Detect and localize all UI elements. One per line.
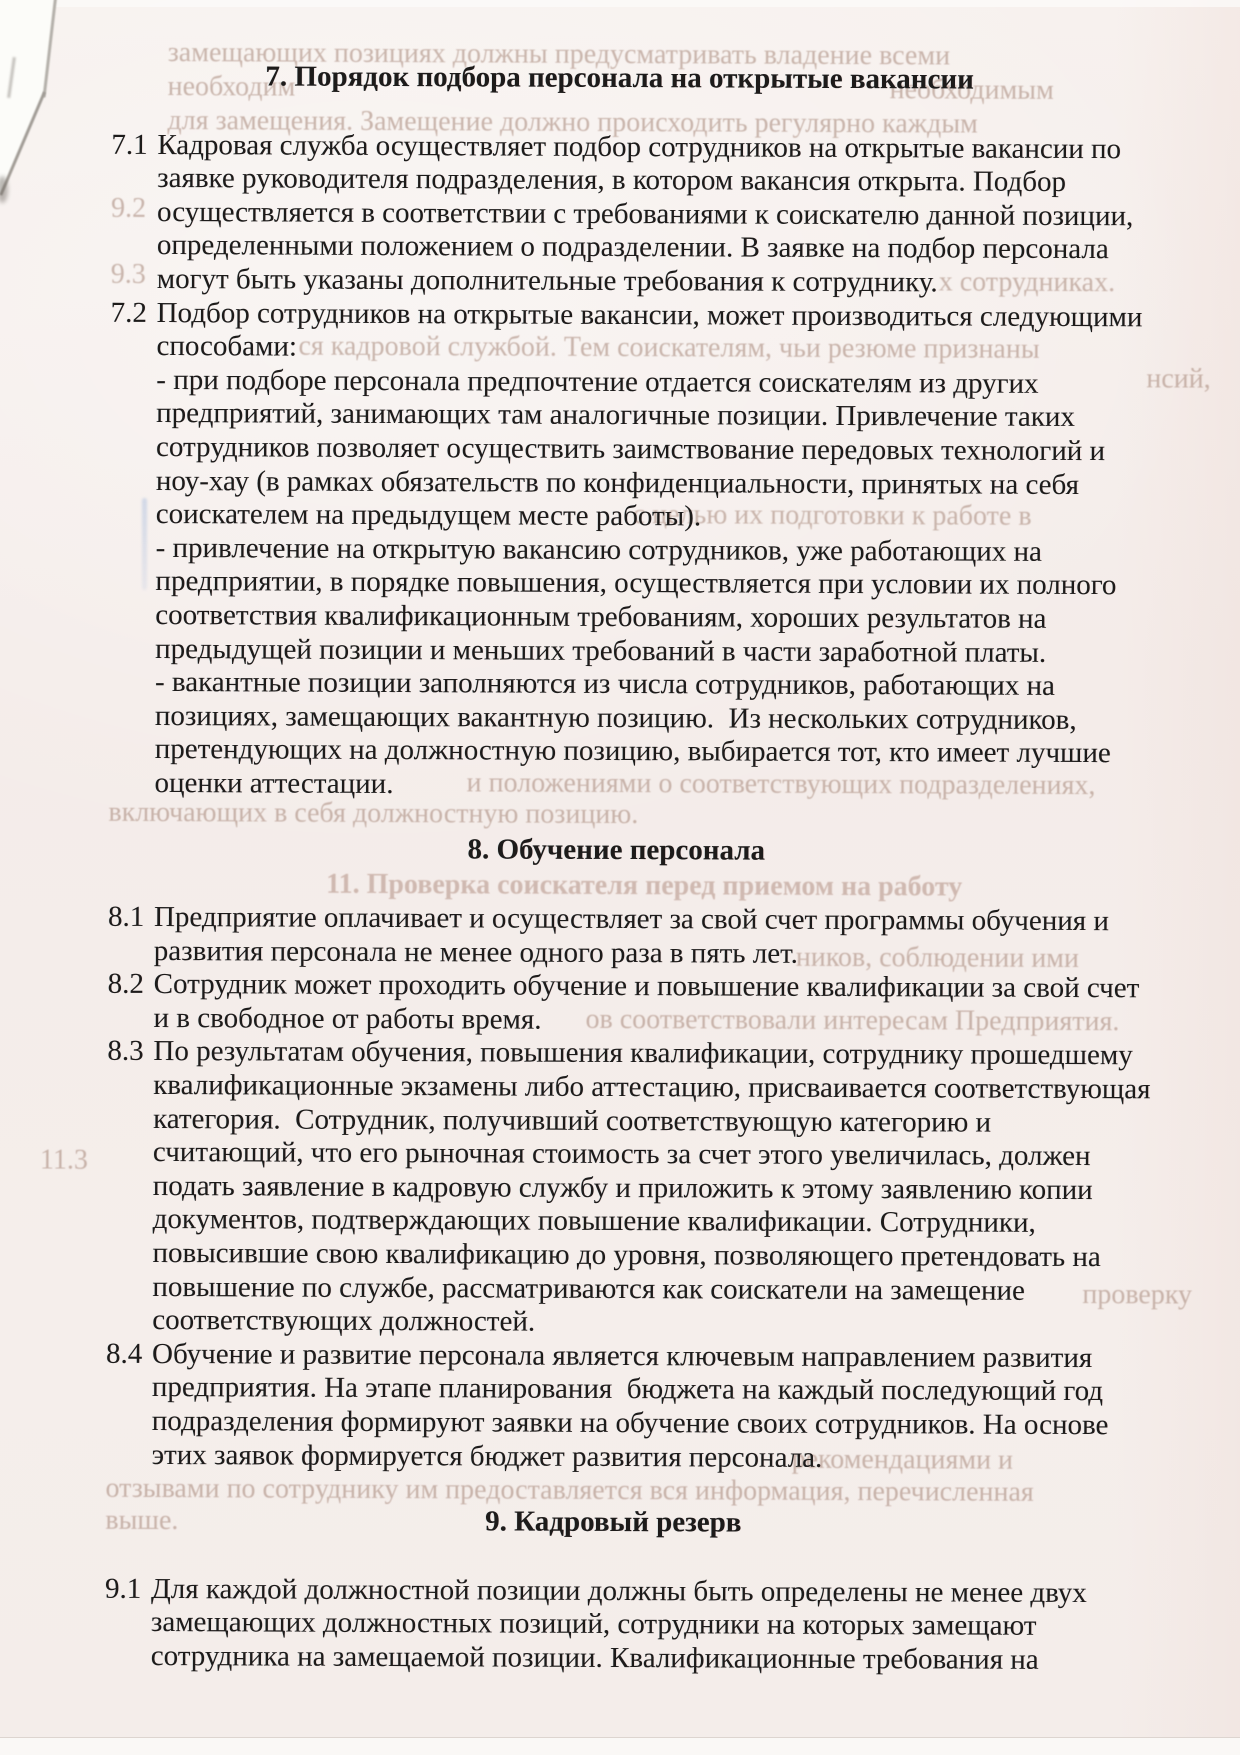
line-text: сотрудника на замещаемой позиции. Квалиф…: [151, 1640, 1039, 1676]
clause-8.4: 8.4Обучение и развитие персонала являетс…: [0, 1337, 1234, 1477]
clause-number: 8.4: [106, 1338, 142, 1372]
line-text: Сотрудник может проходить обучение и пов…: [154, 968, 1140, 1004]
line-text: замещающих должностных позиций, сотрудни…: [151, 1606, 1037, 1642]
text-line: могут быть указаны дополнительные требов…: [157, 263, 1199, 301]
line-text: ноу-хау (в рамках обязательств по конфид…: [156, 465, 1079, 501]
line-text: повышение по службе, рассматриваются как…: [152, 1271, 1025, 1307]
text-line: 7.1Кадровая служба осуществляет подбор с…: [157, 129, 1199, 167]
line-text: предприятий, занимающих там аналогичные …: [156, 397, 1075, 433]
clause-number: 8.1: [108, 901, 144, 935]
line-text: претендующих на должностную позицию, выб…: [155, 733, 1111, 769]
text-line: заявке руководителя подразделения, в кот…: [157, 162, 1199, 200]
text-line: осуществляется в соответствии с требован…: [157, 196, 1199, 234]
line-text: способами:: [156, 330, 297, 363]
text-line: - при подборе персонала предпочтение отд…: [156, 364, 1198, 402]
text-line: позициях, замещающих вакантную позицию. …: [155, 700, 1197, 738]
text-line: определенными положением о подразделении…: [157, 229, 1199, 267]
line-text: категория. Сотрудник, получивший соответ…: [153, 1103, 991, 1139]
clause-number: 7.1: [111, 128, 147, 162]
text-line: предприятии, в порядке повышения, осущес…: [155, 565, 1197, 603]
text-line: этих заявок формируется бюджет развития …: [152, 1439, 1194, 1477]
page-sheet: замещающих позициях должны предусматрива…: [0, 0, 1240, 1678]
line-text: и в свободное от работы время.: [153, 1002, 541, 1036]
line-text: По результатам обучения, повышения квали…: [153, 1035, 1132, 1071]
line-text: квалификационные экзамены либо аттестаци…: [153, 1069, 1150, 1105]
line-text: - при подборе персонала предпочтение отд…: [156, 364, 1038, 400]
line-text: этих заявок формируется бюджет развития …: [152, 1439, 823, 1474]
text-line: предприятий, занимающих там аналогичные …: [156, 397, 1198, 435]
text-line: предприятия. На этапе планирования бюдже…: [152, 1371, 1194, 1409]
line-text: подать заявление в кадровую службу и при…: [153, 1170, 1093, 1206]
text-line: повысившие свою квалификацию до уровня, …: [152, 1237, 1194, 1275]
line-text: Для каждой должностной позиции должны бы…: [151, 1573, 1087, 1609]
text-line: соответствующих должностей.: [152, 1304, 1194, 1342]
text-line: повышение по службе, рассматриваются как…: [152, 1271, 1194, 1309]
section-heading: 8. Обучение персонала: [0, 832, 1236, 871]
text-line: и в свободное от работы время.: [153, 1002, 1195, 1040]
document-content: 7. Порядок подбора персонала на открытые…: [0, 0, 1240, 1678]
clause-8.1: 8.1Предприятие оплачивает и осуществляет…: [0, 900, 1236, 973]
text-line: - вакантные позиции заполняются из числа…: [155, 666, 1197, 704]
text-line: 8.3По результатам обучения, повышения кв…: [153, 1035, 1195, 1073]
text-line: - привлечение на открытую вакансию сотру…: [156, 532, 1198, 570]
text-line: считающий, что его рыночная стоимость за…: [153, 1136, 1195, 1174]
line-text: Предприятие оплачивает и осуществляет за…: [154, 901, 1109, 937]
line-text: считающий, что его рыночная стоимость за…: [153, 1136, 1091, 1172]
text-line: ноу-хау (в рамках обязательств по конфид…: [156, 465, 1198, 503]
text-line: сотрудника на замещаемой позиции. Квалиф…: [151, 1640, 1193, 1678]
line-text: Обучение и развитие персонала является к…: [152, 1338, 1092, 1374]
line-text: позициях, замещающих вакантную позицию. …: [155, 700, 1077, 736]
text-line: замещающих должностных позиций, сотрудни…: [151, 1606, 1193, 1644]
line-text: подразделения формируют заявки на обучен…: [152, 1405, 1109, 1441]
line-text: - привлечение на открытую вакансию сотру…: [156, 532, 1042, 568]
text-line: 8.1Предприятие оплачивает и осуществляет…: [154, 901, 1196, 939]
text-line: сотрудников позволяет осуществить заимст…: [156, 431, 1198, 469]
text-line: категория. Сотрудник, получивший соответ…: [153, 1103, 1195, 1141]
line-text: документов, подтверждающих повышение ква…: [153, 1203, 1036, 1239]
line-text: сотрудников позволяет осуществить заимст…: [156, 431, 1105, 467]
line-text: соответствия квалификационным требования…: [155, 599, 1046, 635]
text-line: соответствия квалификационным требования…: [155, 599, 1197, 637]
line-text: повысившие свою квалификацию до уровня, …: [152, 1237, 1100, 1273]
line-text: развития персонала не менее одного раза …: [154, 935, 798, 970]
line-text: осуществляется в соответствии с требован…: [157, 196, 1133, 232]
text-line: документов, подтверждающих повышение ква…: [153, 1203, 1195, 1241]
text-line: подать заявление в кадровую службу и при…: [153, 1170, 1195, 1208]
line-text: предприятия. На этапе планирования бюдже…: [152, 1371, 1103, 1407]
line-text: предыдущей позиции и меньших требований …: [155, 632, 1046, 668]
line-text: соискателем на предыдущем месте работы).: [156, 498, 702, 532]
text-line: 7.2Подбор сотрудников на открытые ваканс…: [157, 297, 1199, 335]
clause-number: 8.2: [108, 968, 144, 1002]
line-text: Кадровая служба осуществляет подбор сотр…: [157, 129, 1121, 165]
line-text: Подбор сотрудников на открытые вакансии,…: [157, 297, 1143, 333]
clause-number: 9.1: [105, 1573, 141, 1607]
line-text: оценки аттестации.: [155, 767, 394, 800]
clause-8.2: 8.2Сотрудник может проходить обучение и …: [0, 968, 1236, 1041]
clause-number: 8.3: [107, 1035, 143, 1069]
clause-number: 7.2: [111, 296, 147, 330]
line-text: - вакантные позиции заполняются из числа…: [155, 666, 1055, 702]
clause-7.2: 7.2Подбор сотрудников на открытые ваканс…: [0, 296, 1239, 805]
text-line: 9.1Для каждой должностной позиции должны…: [151, 1573, 1193, 1611]
section-heading: 7. Порядок подбора персонала на открытые…: [0, 59, 1240, 98]
clause-8.3: 8.3По результатам обучения, повышения кв…: [0, 1035, 1235, 1343]
text-line: развития персонала не менее одного раза …: [154, 935, 1196, 973]
line-text: предприятии, в порядке повышения, осущес…: [155, 565, 1116, 601]
text-line: 8.2Сотрудник может проходить обучение и …: [154, 968, 1196, 1006]
clause-9.1: 9.1Для каждой должностной позиции должны…: [0, 1572, 1233, 1678]
text-line: квалификационные экзамены либо аттестаци…: [153, 1069, 1195, 1107]
text-line: подразделения формируют заявки на обучен…: [152, 1405, 1194, 1443]
text-line: 8.4Обучение и развитие персонала являетс…: [152, 1338, 1194, 1376]
text-line: предыдущей позиции и меньших требований …: [155, 632, 1197, 670]
line-text: заявке руководителя подразделения, в кот…: [157, 162, 1066, 198]
scan-artifact-smudge: [142, 498, 147, 590]
section-heading: 9. Кадровый резерв: [0, 1503, 1233, 1542]
scanned-document-page: { "document": { "language": "ru", "secti…: [0, 0, 1240, 1755]
line-text: могут быть указаны дополнительные требов…: [157, 263, 938, 298]
line-text: определенными положением о подразделении…: [157, 229, 1109, 265]
text-line: соискателем на предыдущем месте работы).: [156, 498, 1198, 536]
clause-7.1: 7.1Кадровая служба осуществляет подбор с…: [0, 128, 1239, 301]
text-line: способами:: [156, 330, 1198, 368]
text-line: претендующих на должностную позицию, выб…: [155, 733, 1197, 771]
page-bottom-edge: [0, 1737, 1240, 1755]
text-line: оценки аттестации.: [155, 767, 1197, 805]
line-text: соответствующих должностей.: [152, 1304, 535, 1338]
